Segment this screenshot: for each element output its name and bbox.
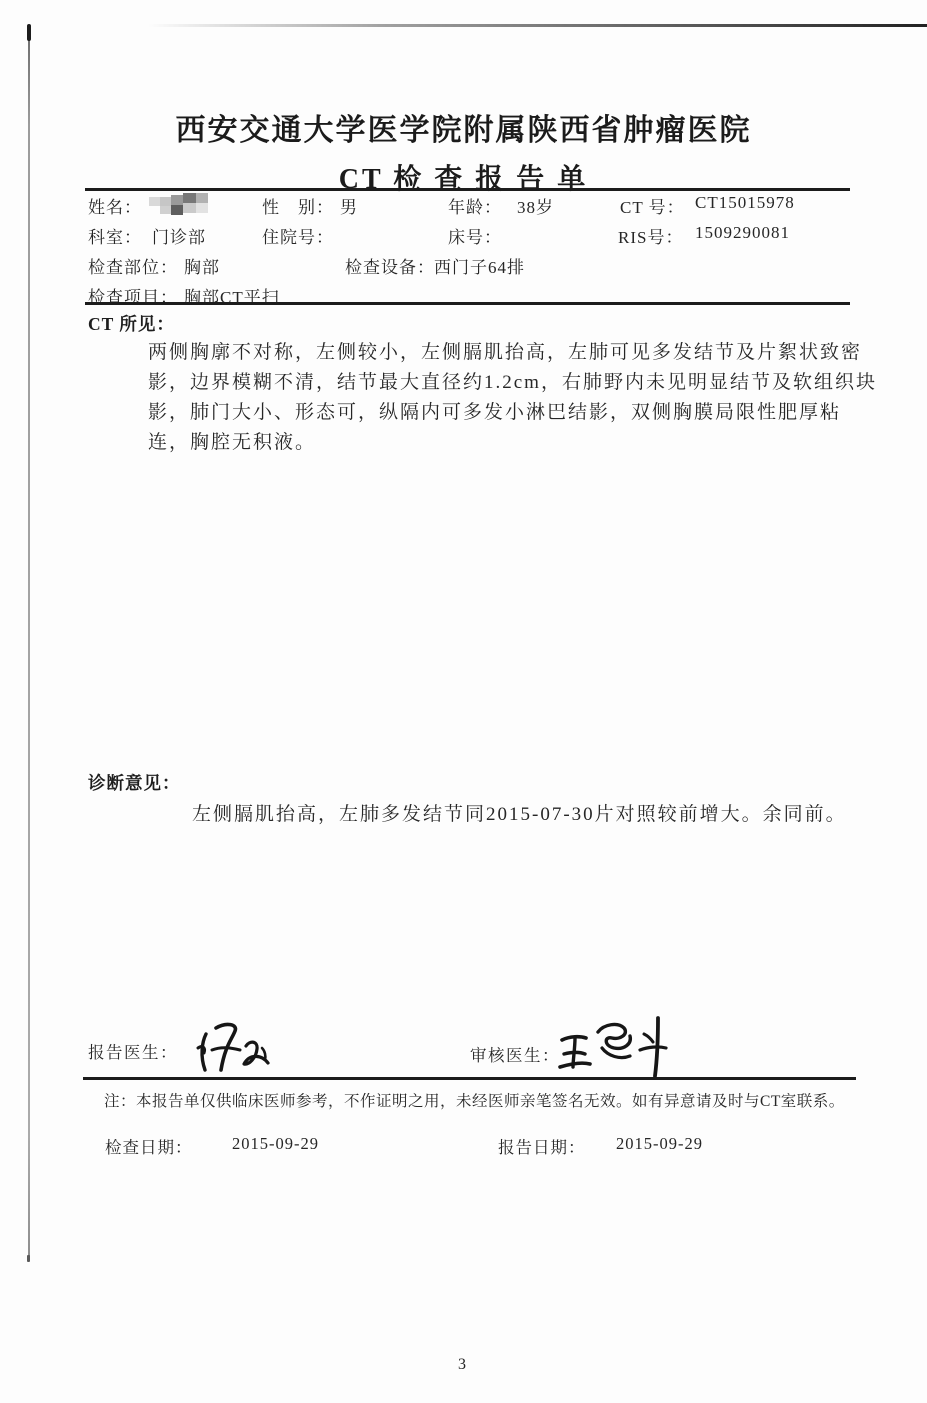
report-doctor-signature (192, 1018, 292, 1076)
sex-label: 性 别： (262, 193, 334, 218)
exam-date-value: 2015-09-29 (232, 1134, 319, 1154)
disclaimer-note: 注：本报告单仅供临床医师参考，不作证明之用，未经医师亲笔签名无效。如有异意请及时… (104, 1089, 845, 1111)
scan-artifact-top-edge (148, 24, 927, 27)
findings-line: 影，边界模糊不清，结节最大直径约1.2cm，右肺野内未见明显结节及软组织块 (148, 367, 877, 394)
bed-number-label: 床号： (448, 223, 502, 248)
department-label: 科室： (88, 223, 142, 248)
name-label: 姓名： (88, 193, 142, 218)
divider-footer (83, 1077, 856, 1080)
diagnosis-heading: 诊断意见： (88, 770, 181, 795)
findings-line: 影，肺门大小、形态可，纵隔内可多发小淋巴结影，双侧胸膜局限性肥厚粘 (148, 397, 841, 424)
review-doctor-label: 审核医生： (470, 1042, 560, 1066)
review-doctor-signature (552, 1012, 674, 1080)
divider-table-bottom (85, 302, 850, 305)
page-number: 3 (458, 1356, 466, 1374)
age-value: 38岁 (517, 193, 554, 218)
ris-number-label: RIS号： (618, 223, 683, 248)
sex-value: 男 (340, 193, 358, 218)
scan-artifact-left-edge (28, 28, 30, 1256)
scan-artifact-left-blob (27, 24, 31, 41)
divider-table-top (85, 188, 850, 191)
device-label: 检查设备： (345, 253, 435, 278)
exam-date-label: 检查日期： (105, 1134, 193, 1158)
patient-name-redacted (149, 193, 213, 216)
findings-line: 连，胸腔无积液。 (148, 427, 316, 454)
report-date-value: 2015-09-29 (616, 1134, 703, 1154)
report-doctor-label: 报告医生： (88, 1039, 178, 1063)
ct-number-label: CT 号： (620, 193, 685, 218)
age-label: 年龄： (448, 193, 502, 218)
body-part-label: 检查部位： (88, 253, 178, 278)
body-part-value: 胸部 (184, 253, 220, 278)
findings-line: 两侧胸廓不对称，左侧较小，左侧膈肌抬高，左肺可见多发结节及片絮状致密 (148, 337, 862, 364)
diagnosis-text: 左侧膈肌抬高，左肺多发结节同2015-07-30片对照较前增大。余同前。 (192, 799, 847, 826)
device-value: 西门子64排 (434, 253, 525, 278)
findings-heading: CT 所见： (88, 311, 175, 336)
report-date-label: 报告日期： (498, 1134, 586, 1158)
page-title: CT 检 查 报 告 单 (0, 157, 927, 197)
inpatient-number-label: 住院号： (262, 223, 334, 248)
ct-number-value: CT15015978 (695, 193, 795, 213)
scan-artifact-left-dot (27, 1255, 30, 1262)
hospital-name: 西安交通大学医学院附属陕西省肿瘤医院 (0, 105, 927, 149)
department-value: 门诊部 (152, 223, 206, 248)
ct-report-page: 西安交通大学医学院附属陕西省肿瘤医院 CT 检 查 报 告 单 姓名： 性 别：… (0, 0, 927, 1403)
ris-number-value: 1509290081 (695, 223, 790, 243)
